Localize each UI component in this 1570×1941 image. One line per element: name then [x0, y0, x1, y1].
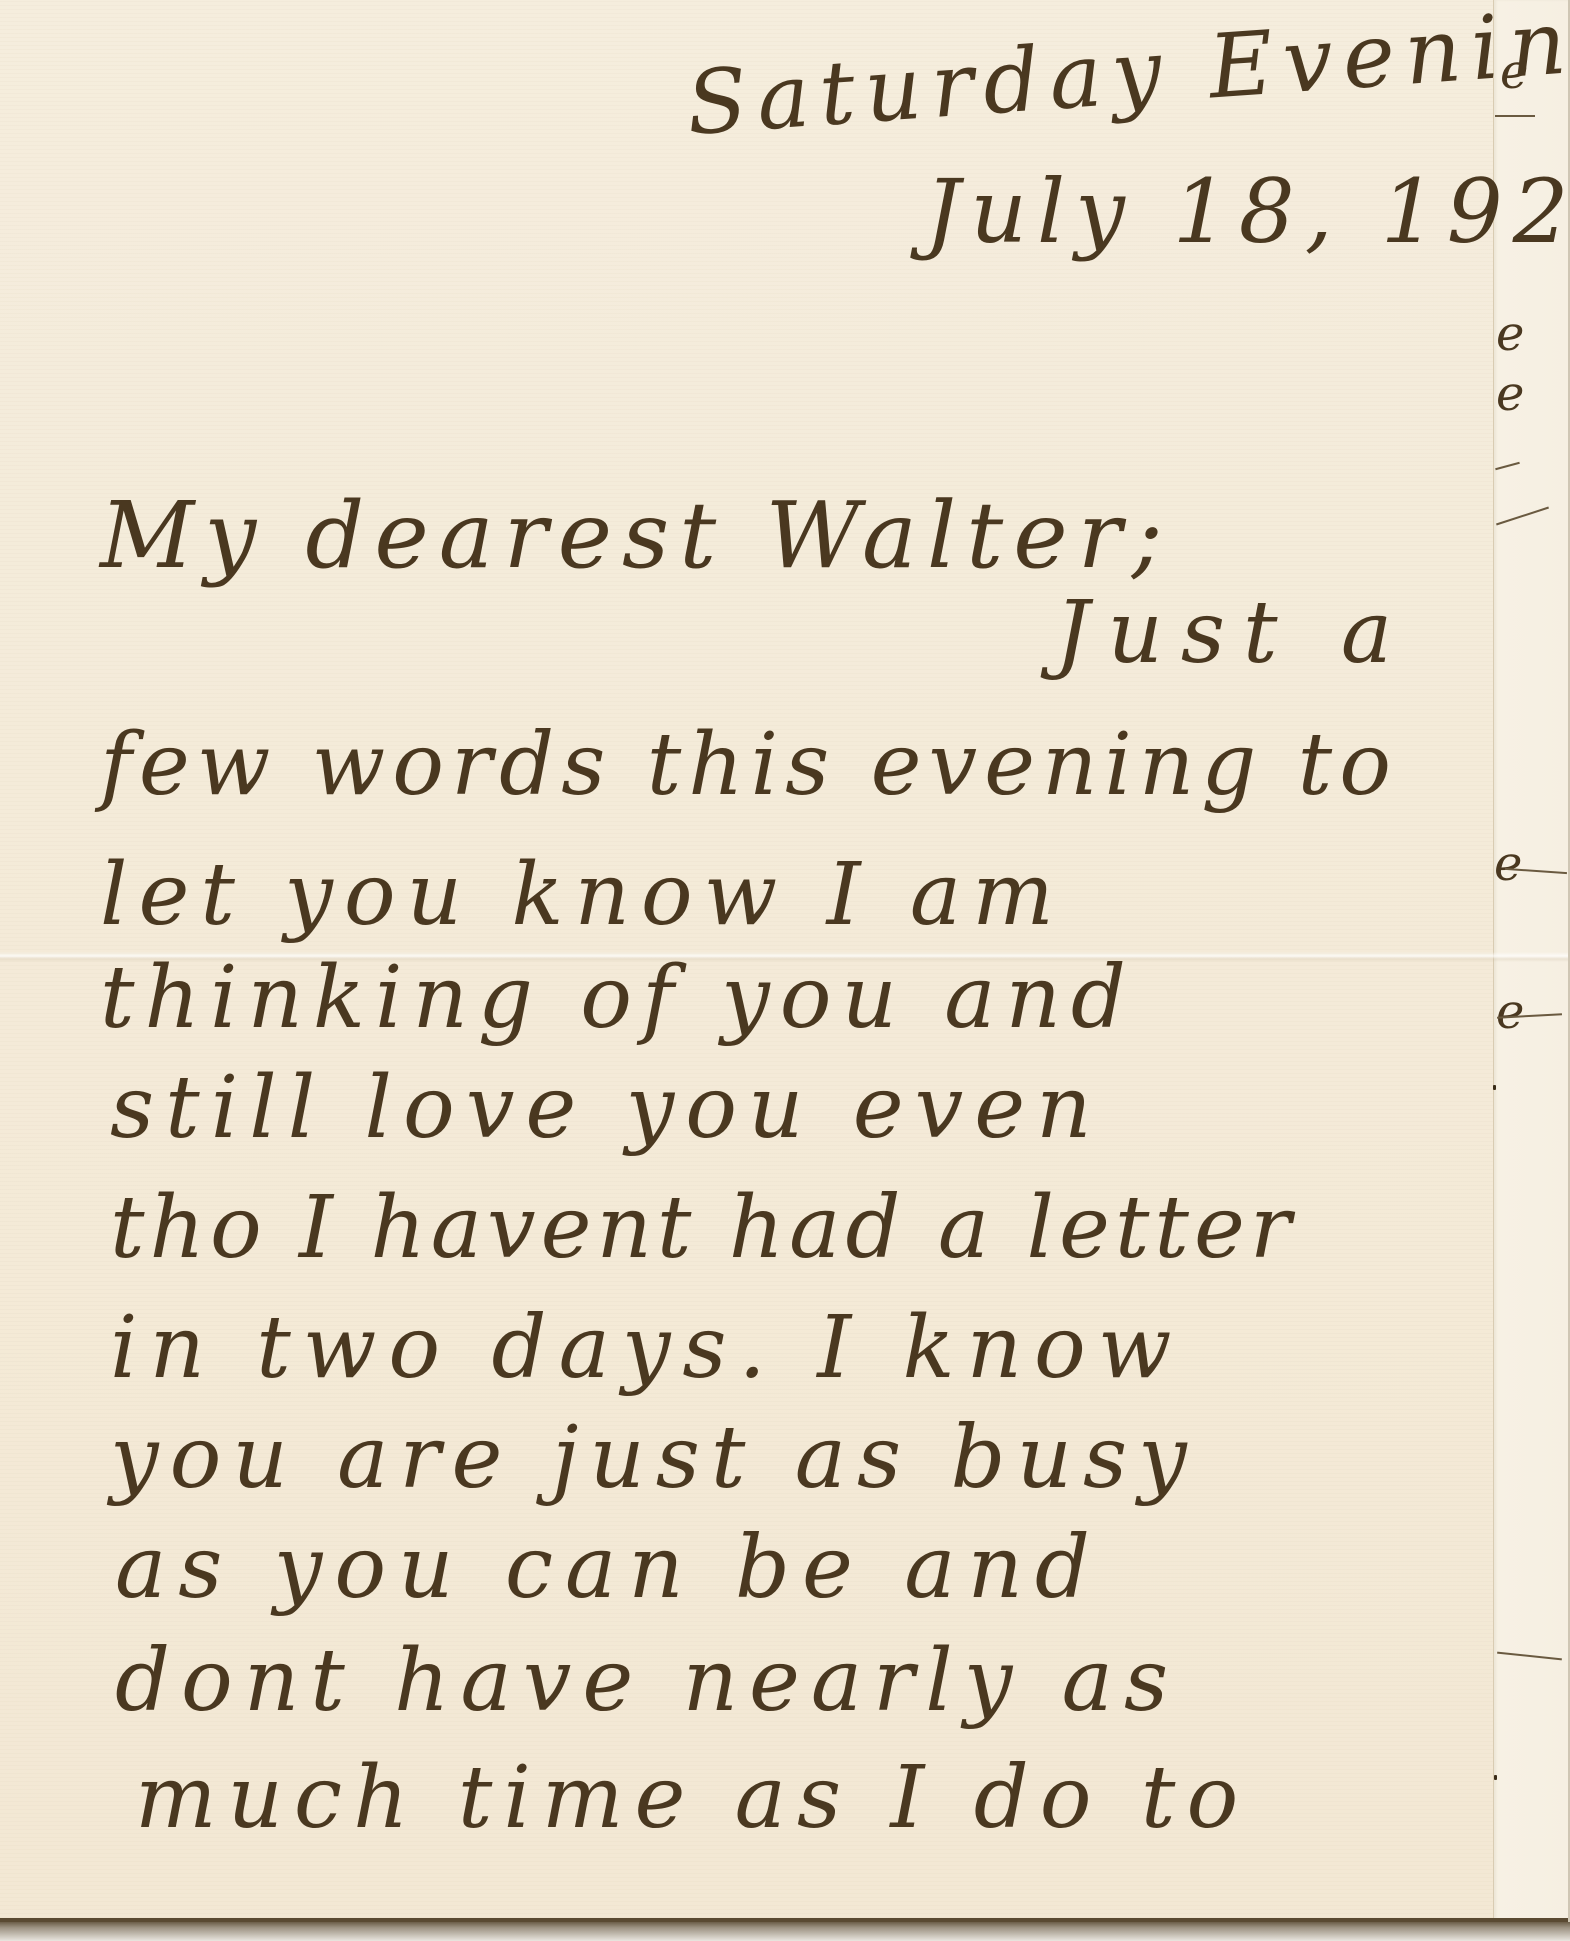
ink-dot [1494, 1775, 1497, 1780]
letter-body-line: dont have nearly as [115, 1638, 1179, 1724]
letter-body-line: you are just as busy [110, 1415, 1198, 1501]
letter-body-line: tho I havent had a letter [110, 1185, 1296, 1271]
back-page-fragment: e [1500, 48, 1528, 96]
back-page-dash [1495, 115, 1535, 117]
letter-body-line: much time as I do to [135, 1755, 1249, 1841]
letter-date-line: July 18, 1925. [925, 168, 1570, 256]
letter-body-line: as you can be and [115, 1525, 1102, 1611]
ink-dot [1493, 1085, 1496, 1090]
back-page-fragment: e [1496, 370, 1524, 418]
letter-sheet: Saturday Evening. July 18, 1925. My dear… [0, 0, 1570, 1941]
letter-salutation-text: My dearest Walter; [100, 490, 1173, 582]
letter-body-line: in two days. I know [110, 1305, 1183, 1391]
letter-body-line: thinking of you and [100, 955, 1136, 1041]
back-page-fragment: e [1496, 310, 1524, 358]
page-bottom-shadow [0, 1922, 1570, 1941]
letter-body-line: let you know I am [100, 852, 1065, 938]
back-page-fragment: e [1496, 988, 1524, 1036]
back-page-fragment: e [1494, 840, 1522, 888]
letter-body-line: few words this evening to [100, 722, 1398, 808]
letter-body-line: still love you even [110, 1065, 1103, 1151]
letter-body-line: Just a [1055, 590, 1410, 676]
